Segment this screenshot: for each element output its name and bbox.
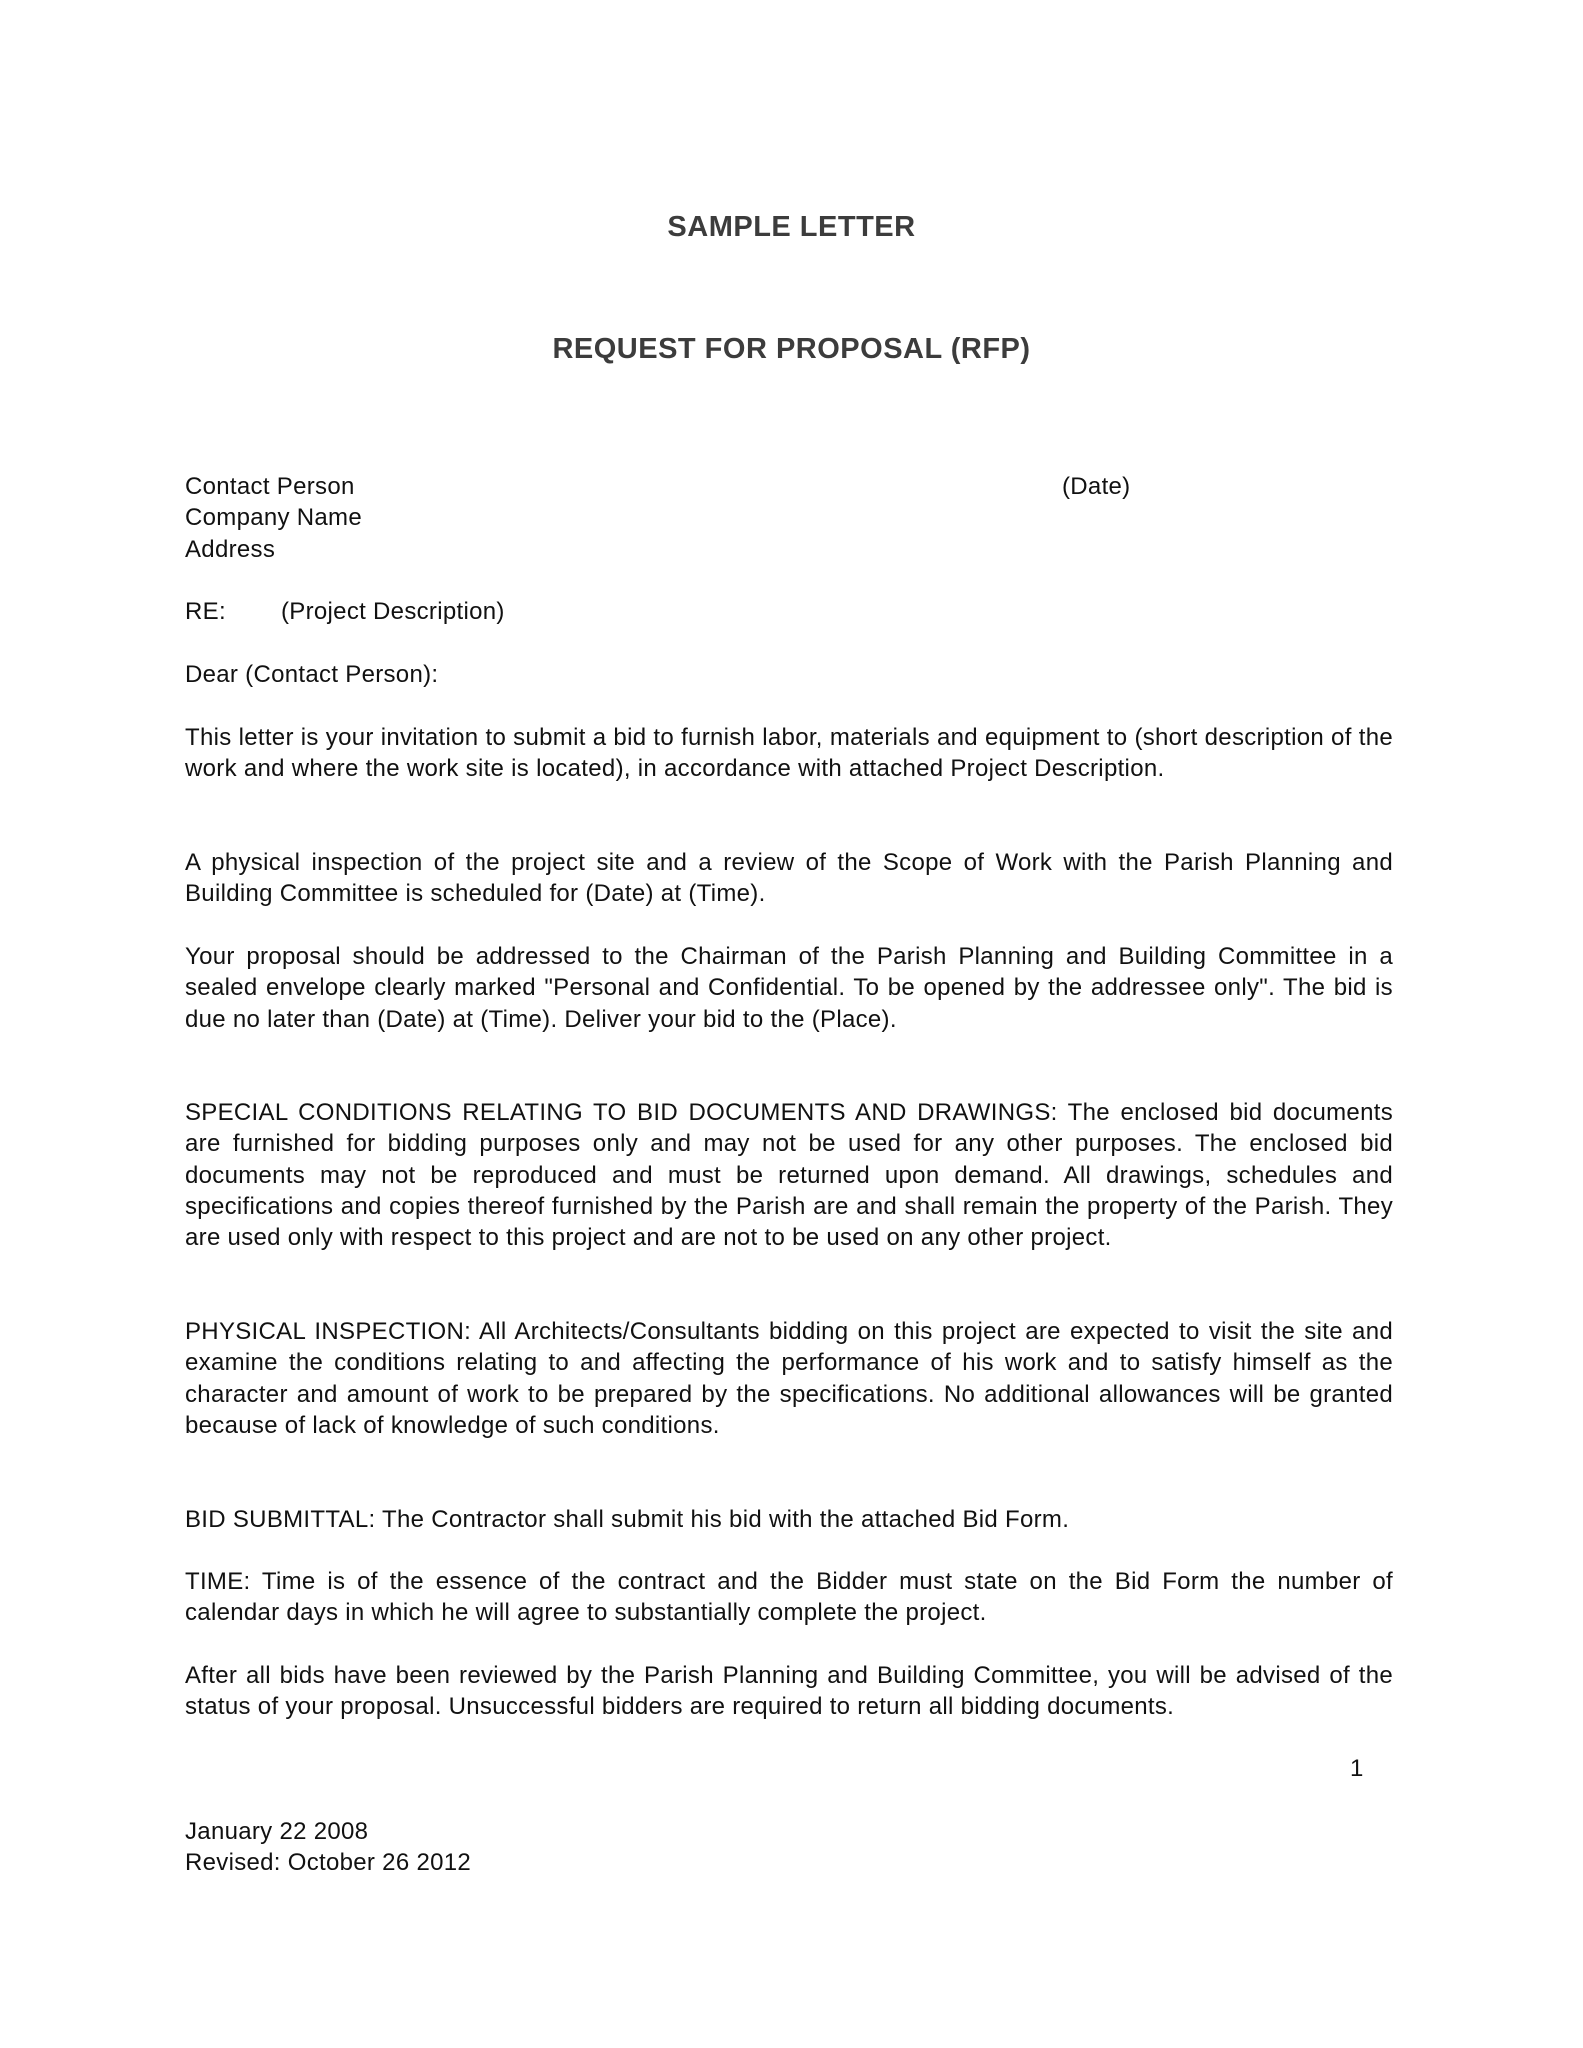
page-number: 1 <box>1350 1755 1360 1783</box>
salutation: Dear (Contact Person): <box>185 659 1393 690</box>
recipient-contact-person: Contact Person <box>185 471 1393 502</box>
paragraph-time: TIME: Time is of the essence of the cont… <box>185 1566 1393 1629</box>
paragraph-proposal-submission: Your proposal should be addressed to the… <box>185 941 1393 1035</box>
paragraph-review: After all bids have been reviewed by the… <box>185 1660 1393 1723</box>
document-subtitle: REQUEST FOR PROPOSAL (RFP) <box>0 333 1583 366</box>
footer-revised-date: Revised: October 26 2012 <box>185 1847 1393 1878</box>
letter-date: (Date) <box>1062 471 1130 502</box>
recipient-address: Address <box>185 534 1393 565</box>
paragraph-bid-submittal: BID SUBMITTAL: The Contractor shall subm… <box>185 1504 1393 1535</box>
footer-dates: January 22 2008 Revised: October 26 2012 <box>185 1816 1393 1879</box>
re-label: RE: <box>185 596 281 627</box>
footer-original-date: January 22 2008 <box>185 1816 1393 1847</box>
re-value: (Project Description) <box>281 596 505 627</box>
document-title: SAMPLE LETTER <box>0 211 1583 244</box>
recipient-company-name: Company Name <box>185 502 1393 533</box>
letter-page: SAMPLE LETTER REQUEST FOR PROPOSAL (RFP)… <box>0 0 1583 2048</box>
paragraph-physical-inspection: PHYSICAL INSPECTION: All Architects/Cons… <box>185 1316 1393 1441</box>
paragraph-site-inspection: A physical inspection of the project sit… <box>185 847 1393 910</box>
paragraph-invitation: This letter is your invitation to submit… <box>185 722 1393 785</box>
re-line: RE: (Project Description) <box>185 596 1393 627</box>
paragraph-special-conditions: SPECIAL CONDITIONS RELATING TO BID DOCUM… <box>185 1097 1393 1253</box>
recipient-block: Contact Person Company Name Address <box>185 471 1393 565</box>
